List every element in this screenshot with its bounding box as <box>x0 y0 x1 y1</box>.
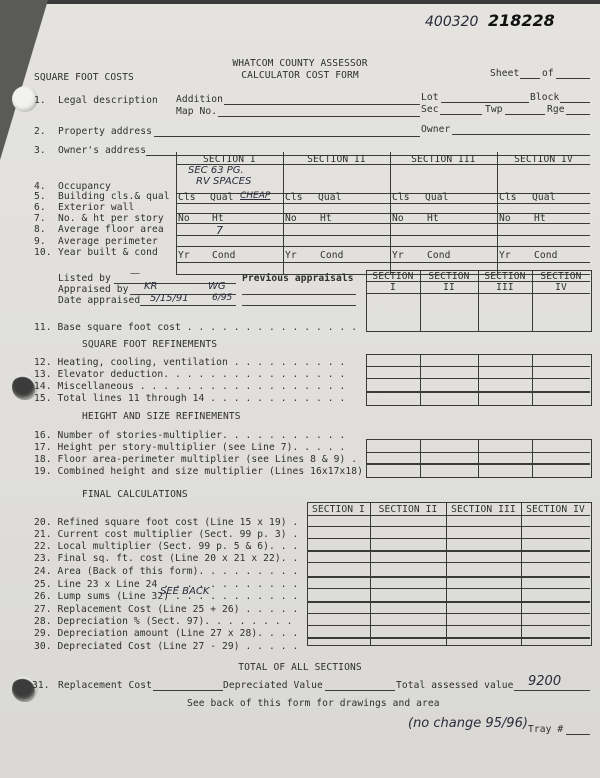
total-assessed-value-label: Total assessed value <box>396 680 514 691</box>
line-17: 17. Height per story-multiplier (see Lin… <box>34 442 345 453</box>
stories-label: No. & ht per story <box>58 213 164 224</box>
line-14: 14. Miscellaneous . . . . . . . . . . . … <box>34 381 345 392</box>
ht-label: Ht <box>427 213 439 224</box>
yr-label: Yr <box>178 250 190 261</box>
section-header: SECTION III <box>390 154 497 165</box>
qual-label: Qual <box>425 192 449 203</box>
line-19: 19. Combined height and size multiplier … <box>34 466 363 477</box>
line-20: 20. Refined square foot cost (Line 15 x … <box>34 517 298 528</box>
section-header: SECTION <box>366 271 420 282</box>
exterior-wall-label: Exterior wall <box>58 202 134 213</box>
qual-sec1: CHEAP <box>240 191 270 201</box>
section-header: SECTION IV <box>497 154 590 165</box>
section-header: SECTION <box>532 271 590 282</box>
of-field[interactable] <box>556 78 590 79</box>
owner-field[interactable] <box>452 134 590 135</box>
lot-field[interactable] <box>441 102 529 103</box>
rge-field[interactable] <box>566 114 590 115</box>
line-number: 3. <box>34 145 46 156</box>
date-appraised-field[interactable] <box>140 305 236 306</box>
previous-appraisal-field[interactable] <box>242 294 356 295</box>
section-header: SECTION I <box>176 154 283 165</box>
depreciated-value-label: Depreciated Value <box>223 680 323 691</box>
map-no-label: Map No. <box>176 106 217 117</box>
appraised-by-value: KR <box>144 281 158 292</box>
lump-sums-note: SEE BACK <box>160 586 209 597</box>
cls-label: Cls <box>285 192 303 203</box>
appraised-by-label: Appraised by <box>58 284 129 295</box>
line-number: 2. <box>34 126 46 137</box>
line-12: 12. Heating, cooling, ventilation . . . … <box>34 357 345 368</box>
ht-label: Ht <box>212 213 224 224</box>
no-label: No <box>392 213 404 224</box>
height-size-title: HEIGHT AND SIZE REFINEMENTS <box>82 411 241 422</box>
cond-label: Cond <box>427 250 451 261</box>
cls-label: Cls <box>178 192 196 203</box>
line-number: 31. <box>32 680 50 691</box>
line-number: 10. <box>34 247 52 258</box>
line-16: 16. Number of stories-multiplier. . . . … <box>34 430 345 441</box>
replacement-cost-label: Replacement Cost <box>58 680 152 691</box>
cond-label: Cond <box>212 250 236 261</box>
cls-label: Cls <box>499 192 517 203</box>
block-label: Block <box>530 92 559 103</box>
section-numeral: II <box>420 282 478 293</box>
line-24: 24. Area (Back of this form). . . . . . … <box>34 566 298 577</box>
file-number: 400320 <box>425 14 478 30</box>
twp-label: Twp <box>485 104 503 115</box>
line-number: 7. <box>34 213 46 224</box>
twp-field[interactable] <box>505 114 545 115</box>
addition-label: Addition <box>176 94 223 105</box>
line-21: 21. Current cost multiplier (Sect. 99 p.… <box>34 529 298 540</box>
cond-label: Cond <box>534 250 558 261</box>
map-no-field[interactable] <box>218 116 420 117</box>
left-title: SQUARE FOOT COSTS <box>34 72 134 83</box>
total-assessed-value: 9200 <box>528 674 561 689</box>
final-calculations-title: FINAL CALCULATIONS <box>82 489 188 500</box>
line-18: 18. Floor area-perimeter multiplier (see… <box>34 454 357 465</box>
depreciated-value-field[interactable] <box>325 690 395 691</box>
line-22: 22. Local multiplier (Sect. 99 p. 5 & 6)… <box>34 541 298 552</box>
previous-appraisal-field[interactable] <box>242 305 356 306</box>
line-15: 15. Total lines 11 through 14 . . . . . … <box>34 393 345 404</box>
lot-label: Lot <box>421 92 439 103</box>
tray-label: Tray # <box>528 724 563 735</box>
yr-label: Yr <box>285 250 297 261</box>
cls-label: Cls <box>392 192 410 203</box>
sec-field[interactable] <box>440 114 482 115</box>
date-appraised-value: 6/95 <box>212 293 232 303</box>
section-numeral: IV <box>532 282 590 293</box>
listed-by-value: — <box>130 268 140 279</box>
floor-area-sec1: 7 <box>216 224 223 237</box>
of-label: of <box>542 68 554 79</box>
qual-label: Qual <box>210 192 234 203</box>
section-header: SECTION II <box>370 504 446 515</box>
addition-field[interactable] <box>224 104 420 105</box>
rge-label: Rge <box>547 104 565 115</box>
total-assessed-value-field[interactable] <box>514 690 590 691</box>
occupancy-sec1-line2: RV SPACES <box>196 176 251 187</box>
line-30: 30. Depreciated Cost (Line 27 - 29) . . … <box>34 641 298 652</box>
block-field[interactable] <box>560 102 590 103</box>
sqft-refinements-title: SQUARE FOOT REFINEMENTS <box>82 339 217 350</box>
line-29: 29. Depreciation amount (Line 27 x 28). … <box>34 628 298 639</box>
title-line2: CALCULATOR COST FORM <box>220 70 380 81</box>
date-appraised-label: Date appraised <box>58 295 140 306</box>
qual-label: Qual <box>532 192 556 203</box>
line-number: 6. <box>34 202 46 213</box>
property-address-label: Property address <box>58 126 152 137</box>
line-number: 5. <box>34 191 46 202</box>
see-back-note: See back of this form for drawings and a… <box>187 698 440 709</box>
previous-appraisals-label: Previous appraisals <box>242 273 354 284</box>
yr-label: Yr <box>392 250 404 261</box>
refinements-grid <box>366 354 592 406</box>
floor-area-label: Average floor area <box>58 224 164 235</box>
title-line1: WHATCOM COUNTY ASSESSOR <box>220 58 380 69</box>
legal-description-label: Legal description <box>58 95 158 106</box>
file-number-bold: 218228 <box>488 11 555 30</box>
section-numeral: I <box>366 282 420 293</box>
cond-label: Cond <box>320 250 344 261</box>
scan-edge <box>0 0 600 4</box>
no-change-note: (no change 95/96) <box>408 716 528 731</box>
line-13: 13. Elevator deduction. . . . . . . . . … <box>34 369 345 380</box>
section-header: SECTION III <box>446 504 521 515</box>
ht-label: Ht <box>534 213 546 224</box>
occupancy-sec1-line1: SEC 63 PG. <box>188 165 244 176</box>
no-label: No <box>178 213 190 224</box>
no-label: No <box>285 213 297 224</box>
owners-address-label: Owner's address <box>58 145 146 156</box>
appraised-by-value: WG <box>208 281 226 292</box>
section-header: SECTION II <box>283 154 390 165</box>
owner-label: Owner <box>421 124 450 135</box>
tray-field[interactable] <box>566 734 590 735</box>
section-header: SECTION <box>420 271 478 282</box>
line-28: 28. Depreciation % (Sect. 97). . . . . .… <box>34 616 293 627</box>
scanned-form-page: 400320 218228 SQUARE FOOT COSTS WHATCOM … <box>0 0 600 778</box>
line-23: 23. Final sq. ft. cost (Line 20 x 21 x 2… <box>34 553 298 564</box>
no-label: No <box>499 213 511 224</box>
line-11-base-cost: 11. Base square foot cost . . . . . . . … <box>34 322 357 333</box>
date-appraised-value: 5/15/91 <box>150 293 189 304</box>
section-header: SECTION IV <box>521 504 590 515</box>
sec-label: Sec <box>421 104 439 115</box>
property-address-field[interactable] <box>154 136 420 137</box>
year-built-label: Year built & cond <box>58 247 158 258</box>
section-numeral: III <box>478 282 532 293</box>
ht-label: Ht <box>320 213 332 224</box>
line-number: 9. <box>34 236 46 247</box>
line-27: 27. Replacement Cost (Line 25 + 26) . . … <box>34 604 298 615</box>
building-class-label: Building cls.& qual <box>58 191 170 202</box>
sheet-label: Sheet <box>490 68 519 79</box>
totals-title: TOTAL OF ALL SECTIONS <box>200 662 400 673</box>
qual-label: Qual <box>318 192 342 203</box>
yr-label: Yr <box>499 250 511 261</box>
listed-by-label: Listed by <box>58 273 111 284</box>
line-number: 8. <box>34 224 46 235</box>
section-header: SECTION I <box>307 504 370 515</box>
perimeter-label: Average perimeter <box>58 236 158 247</box>
height-size-grid <box>366 439 592 478</box>
section-header: SECTION <box>478 271 532 282</box>
sheet-field[interactable] <box>520 78 540 79</box>
replacement-cost-field[interactable] <box>153 690 223 691</box>
line-number: 1. <box>34 95 46 106</box>
